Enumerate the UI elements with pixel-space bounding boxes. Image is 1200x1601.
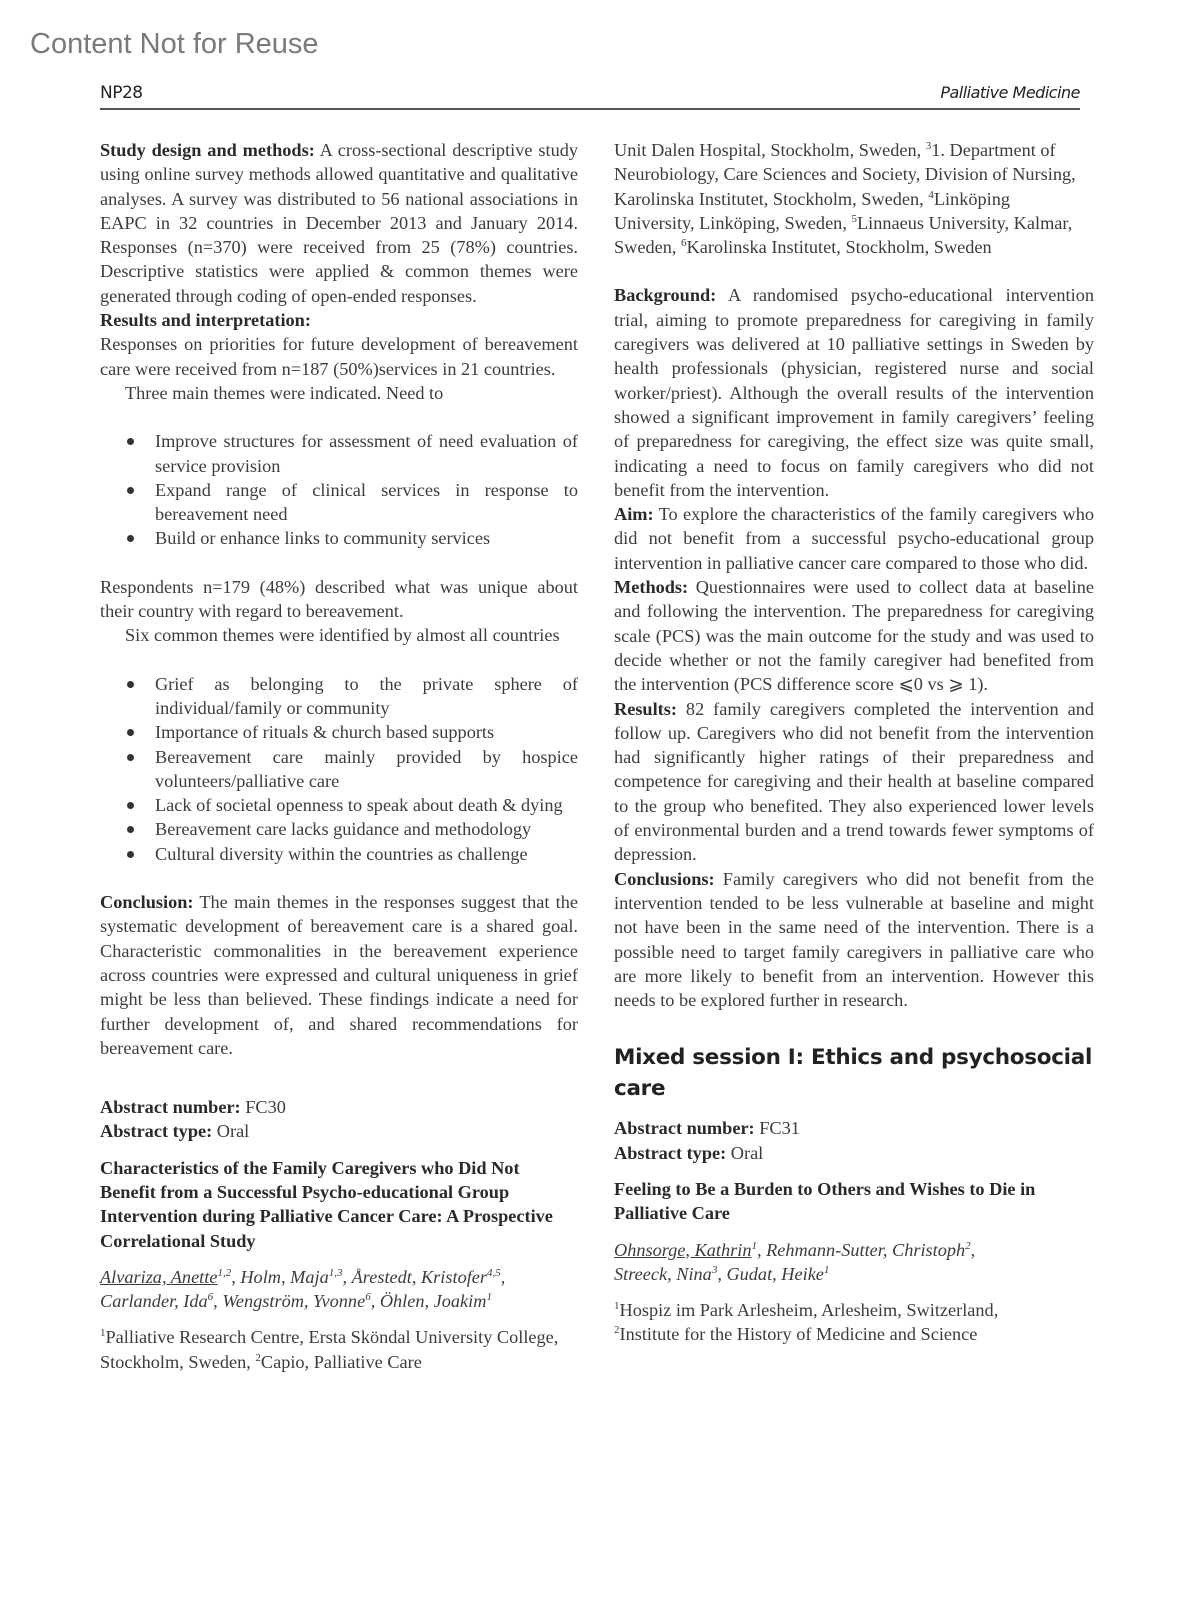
study-design-paragraph: Study design and methods: A cross-sectio… xyxy=(100,138,578,308)
affiliations-fc30: 1Palliative Research Centre, Ersta Skönd… xyxy=(100,1325,578,1374)
session-heading: Mixed session I: Ethics and psychosocial… xyxy=(614,1042,1094,1104)
results-paragraph: Responses on priorities for future devel… xyxy=(100,332,578,381)
presenting-author: Ohnsorge, Kathrin xyxy=(614,1240,751,1260)
results-paragraph-fc30: Results: 82 family caregivers completed … xyxy=(614,697,1094,867)
list-item: Bereavement care mainly provided by hosp… xyxy=(100,745,578,794)
results-label: Results and interpretation: xyxy=(100,308,578,332)
list-item: Improve structures for assessment of nee… xyxy=(100,429,578,478)
abstract-number-fc31: Abstract number: FC31 xyxy=(614,1116,1094,1140)
bullet-icon xyxy=(127,681,134,688)
abstract-number-fc30: Abstract number: FC30 xyxy=(100,1095,578,1119)
list-item: Build or enhance links to community serv… xyxy=(100,526,578,550)
authors-fc30: Alvariza, Anette1,2, Holm, Maja1,3, Åres… xyxy=(100,1265,578,1314)
conclusions-label: Conclusions: xyxy=(614,869,715,889)
results-label-fc30: Results: xyxy=(614,699,677,719)
left-column: Study design and methods: A cross-sectio… xyxy=(100,138,578,1374)
abstract-title-fc31: Feeling to Be a Burden to Others and Wis… xyxy=(614,1177,1094,1226)
bullet-icon xyxy=(127,826,134,833)
common-themes-intro: Six common themes were identified by alm… xyxy=(100,623,578,647)
list-item: Grief as belonging to the private sphere… xyxy=(100,672,578,721)
list-item: Importance of rituals & church based sup… xyxy=(100,720,578,744)
abstract-type-fc30: Abstract type: Oral xyxy=(100,1119,578,1143)
conclusion-label: Conclusion: xyxy=(100,892,193,912)
journal-name: Palliative Medicine xyxy=(940,83,1080,102)
affiliations-fc30-continued: Unit Dalen Hospital, Stockholm, Sweden, … xyxy=(614,138,1094,259)
aim-label: Aim: xyxy=(614,504,654,524)
authors-fc31: Ohnsorge, Kathrin1, Rehmann-Sutter, Chri… xyxy=(614,1238,1094,1287)
abstract-title-fc30: Characteristics of the Family Caregivers… xyxy=(100,1156,578,1253)
list-item: Expand range of clinical services in res… xyxy=(100,478,578,527)
affiliations-fc31: 1Hospiz im Park Arlesheim, Arlesheim, Sw… xyxy=(614,1298,1094,1347)
conclusion-paragraph: Conclusion: The main themes in the respo… xyxy=(100,890,578,1060)
bullet-icon xyxy=(127,487,134,494)
common-themes-list: Grief as belonging to the private sphere… xyxy=(100,672,578,866)
list-item: Lack of societal openness to speak about… xyxy=(100,793,578,817)
background-label: Background: xyxy=(614,285,716,305)
watermark-text: Content Not for Reuse xyxy=(30,28,319,61)
bullet-icon xyxy=(127,851,134,858)
bullet-icon xyxy=(127,729,134,736)
background-paragraph: Background: A randomised psycho-educatio… xyxy=(614,283,1094,502)
methods-label: Methods: xyxy=(614,577,688,597)
bullet-icon xyxy=(127,438,134,445)
list-item: Cultural diversity within the countries … xyxy=(100,842,578,866)
page-number: NP28 xyxy=(100,83,143,103)
abstract-type-fc31: Abstract type: Oral xyxy=(614,1141,1094,1165)
bullet-icon xyxy=(127,535,134,542)
bullet-icon xyxy=(127,754,134,761)
aim-paragraph: Aim: To explore the characteristics of t… xyxy=(614,502,1094,575)
methods-paragraph: Methods: Questionnaires were used to col… xyxy=(614,575,1094,696)
running-header: NP28 Palliative Medicine xyxy=(100,80,1080,110)
conclusions-paragraph: Conclusions: Family caregivers who did n… xyxy=(614,867,1094,1013)
respondents-paragraph: Respondents n=179 (48%) described what w… xyxy=(100,575,578,624)
themes-list: Improve structures for assessment of nee… xyxy=(100,429,578,550)
presenting-author: Alvariza, Anette xyxy=(100,1267,217,1287)
right-column: Unit Dalen Hospital, Stockholm, Sweden, … xyxy=(614,138,1094,1347)
themes-intro: Three main themes were indicated. Need t… xyxy=(100,381,578,405)
bullet-icon xyxy=(127,802,134,809)
list-item: Bereavement care lacks guidance and meth… xyxy=(100,817,578,841)
study-design-label: Study design and methods: xyxy=(100,140,315,160)
